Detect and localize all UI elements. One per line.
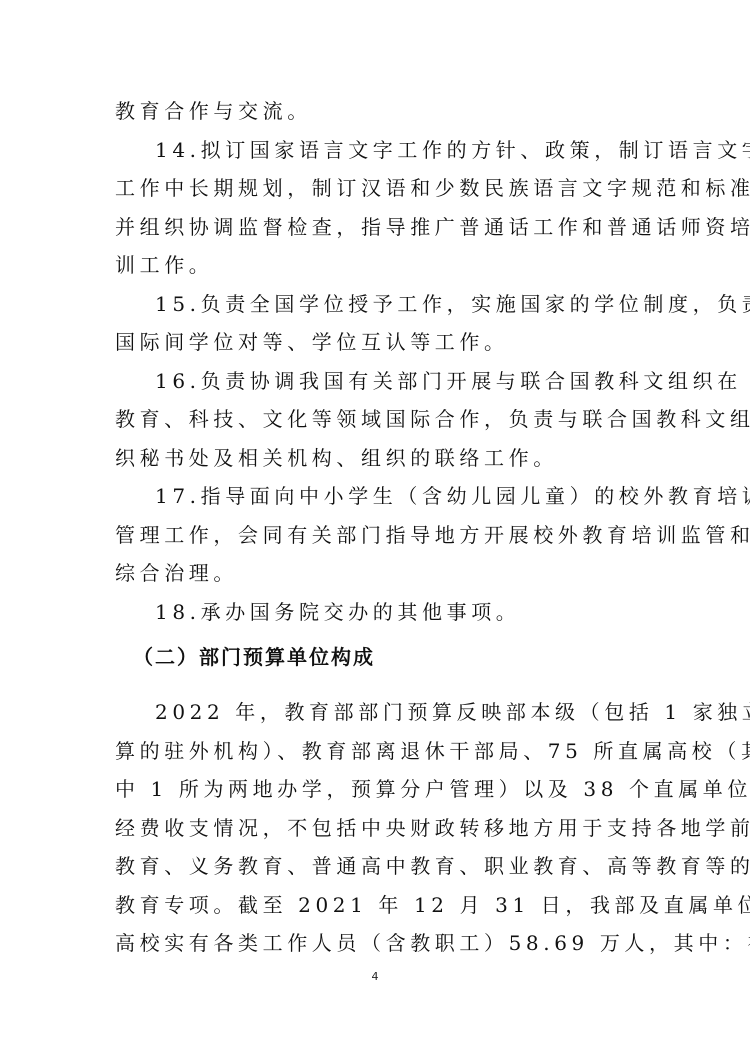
text-line-item-14: 14.拟订国家语言文字工作的方针、政策，制订语言文字 [115, 131, 637, 170]
document-page: 教育合作与交流。 14.拟订国家语言文字工作的方针、政策，制订语言文字 工作中长… [115, 92, 637, 963]
text-line: 中 1 所为两地办学，预算分户管理）以及 38 个直属单位的 [115, 770, 637, 809]
text-line: 国际间学位对等、学位互认等工作。 [115, 323, 637, 362]
section-heading: （二）部门预算单位构成 [115, 631, 637, 683]
text-line: 经费收支情况，不包括中央财政转移地方用于支持各地学前 [115, 809, 637, 848]
text-line: 2022 年，教育部部门预算反映部本级（包括 1 家独立核 [115, 693, 637, 732]
text-line: 算的驻外机构）、教育部离退休干部局、75 所直属高校（其 [115, 732, 637, 771]
text-line: 教育、义务教育、普通高中教育、职业教育、高等教育等的 [115, 847, 637, 886]
paragraph-block-duties: 教育合作与交流。 14.拟订国家语言文字工作的方针、政策，制订语言文字 工作中长… [115, 92, 637, 631]
text-line: 训工作。 [115, 246, 637, 285]
text-line: 教育专项。截至 2021 年 12 月 31 日，我部及直属单位、直属 [115, 886, 637, 925]
text-line: 教育、科技、文化等领域国际合作，负责与联合国教科文组 [115, 400, 637, 439]
text-line: 综合治理。 [115, 554, 637, 593]
text-line: 织秘书处及相关机构、组织的联络工作。 [115, 439, 637, 478]
text-line: 管理工作，会同有关部门指导地方开展校外教育培训监管和 [115, 516, 637, 555]
text-line: 工作中长期规划，制订汉语和少数民族语言文字规范和标准 [115, 169, 637, 208]
text-line-item-17: 17.指导面向中小学生（含幼儿园儿童）的校外教育培训 [115, 477, 637, 516]
text-line-item-15: 15.负责全国学位授予工作，实施国家的学位制度，负责 [115, 285, 637, 324]
text-line-item-18: 18.承办国务院交办的其他事项。 [115, 593, 637, 632]
text-line: 高校实有各类工作人员（含教职工）58.69 万人，其中：在职 [115, 924, 637, 963]
page-number: 4 [0, 970, 750, 983]
text-line-item-16: 16.负责协调我国有关部门开展与联合国教科文组织在 [115, 362, 637, 401]
spacer [115, 683, 637, 693]
paragraph-block-budget-units: 2022 年，教育部部门预算反映部本级（包括 1 家独立核 算的驻外机构）、教育… [115, 693, 637, 963]
text-line: 教育合作与交流。 [115, 92, 637, 131]
text-line: 并组织协调监督检查，指导推广普通话工作和普通话师资培 [115, 208, 637, 247]
